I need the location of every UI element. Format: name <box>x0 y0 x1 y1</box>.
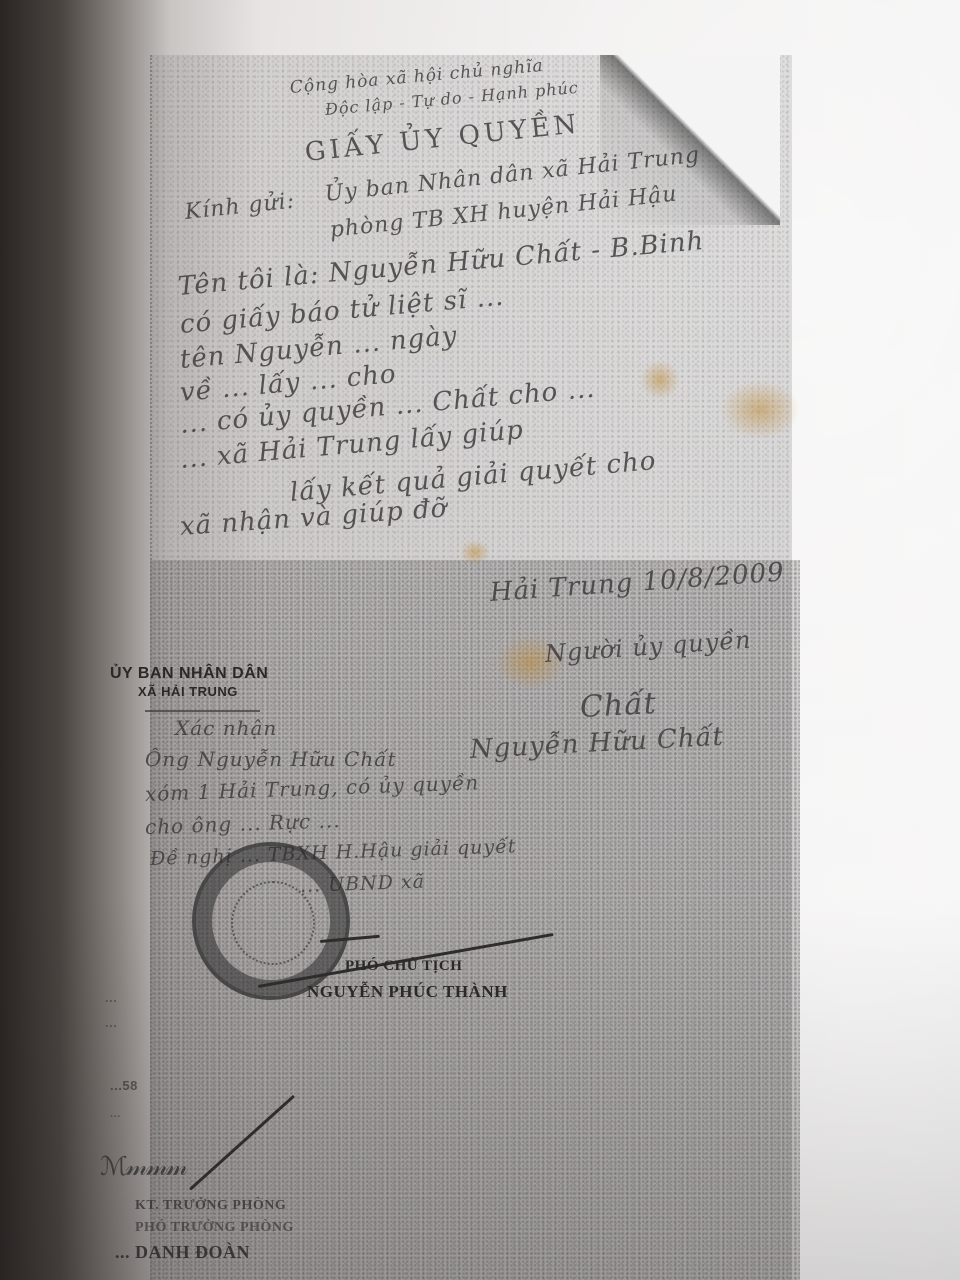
lower-position-1: KT. TRƯỞNG PHÒNG <box>135 1198 286 1214</box>
certifier-position: PHÓ CHỦ TỊCH <box>345 958 462 975</box>
faint-line-2: ... <box>105 1015 117 1030</box>
fragment-short: ... <box>110 1108 121 1120</box>
seal-emblem-icon <box>231 881 315 965</box>
cert-line-1: Xác nhận <box>175 716 277 740</box>
authority-line-2: XÃ HẢI TRUNG <box>138 684 238 699</box>
cert-line-2: Ông Nguyễn Hữu Chất <box>145 747 397 771</box>
authority-line-1: ỦY BAN NHÂN DÂN <box>110 665 268 683</box>
stain <box>720 380 800 440</box>
official-seal-icon <box>192 842 350 1000</box>
signer-signature: Chất <box>579 686 657 725</box>
lower-official-name: ... DANH ĐOÀN <box>115 1242 250 1263</box>
lower-position-2: PHÓ TRƯỞNG PHÒNG <box>135 1220 294 1236</box>
stain <box>640 360 680 400</box>
authority-underline <box>145 710 260 712</box>
stain <box>460 540 490 565</box>
certifier-name: NGUYỄN PHÚC THÀNH <box>307 982 508 1002</box>
number-fragment: ...58 <box>110 1078 138 1093</box>
faint-line-1: ... <box>105 990 117 1005</box>
lower-signature: ℳ𝓂𝓂𝓂 <box>100 1152 186 1183</box>
